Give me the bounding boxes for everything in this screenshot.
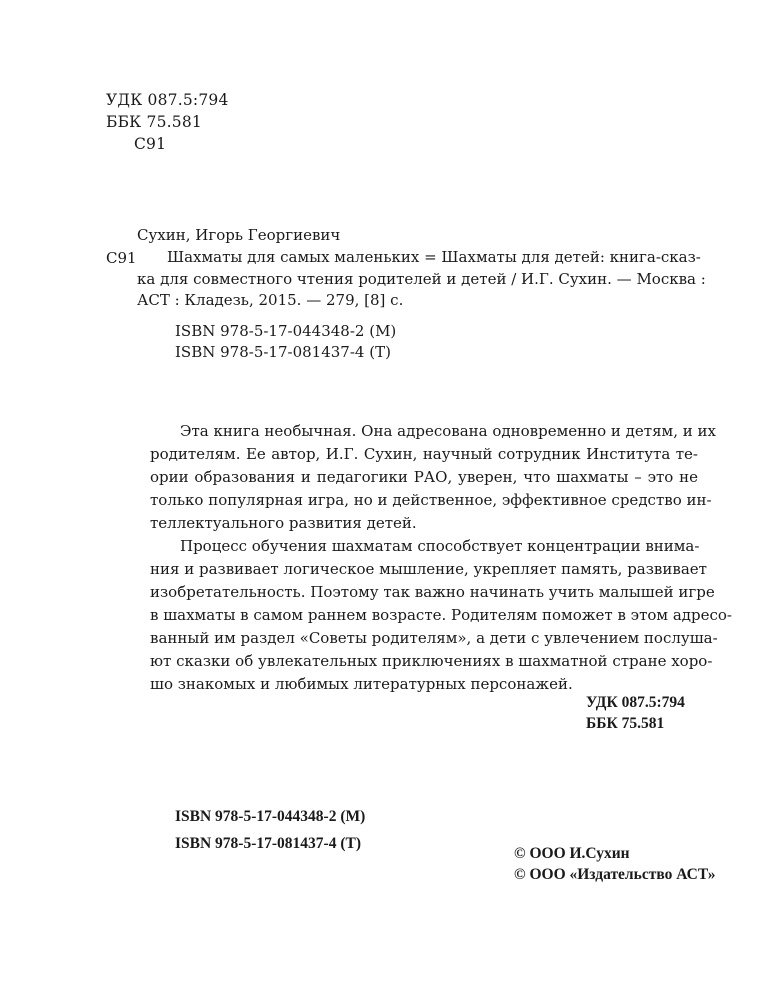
copyright-publisher: © ООО «Издательство АСТ» xyxy=(514,866,716,884)
annotation-line: ванный им раздел «Советы родителям», а д… xyxy=(150,627,698,650)
record-author-mark: С91 xyxy=(106,249,137,267)
footer-udk-code: УДК 087.5:794 xyxy=(586,694,685,712)
author-name: Сухин, Игорь Георгиевич xyxy=(137,226,340,244)
annotation-line: Эта книга необычная. Она адресована одно… xyxy=(180,420,698,443)
footer-isbn-line: ISBN 978-5-17-044348-2 (М) xyxy=(175,808,365,826)
description-line: Шахматы для самых маленьких = Шахматы дл… xyxy=(167,246,698,269)
isbn-line: ISBN 978-5-17-081437-4 (Т) xyxy=(175,343,391,361)
annotation-line: родителям. Ее автор, И.Г. Сухин, научный… xyxy=(150,443,698,466)
annotation-line: изобретательность. Поэтому так важно нач… xyxy=(150,581,698,604)
annotation-line: Процесс обучения шахматам способствует к… xyxy=(180,535,698,558)
annotation-line: шо знакомых и любимых литературных персо… xyxy=(150,673,698,696)
annotation-line: ют сказки об увлекательных приключениях … xyxy=(150,650,698,673)
description-line: ка для совместного чтения родителей и де… xyxy=(137,268,698,291)
description-line: АСТ : Кладезь, 2015. — 279, [8] с. xyxy=(137,289,698,312)
footer-isbn-line: ISBN 978-5-17-081437-4 (Т) xyxy=(175,835,361,853)
annotation-line: в шахматы в самом раннем возрасте. Родит… xyxy=(150,604,698,627)
footer-bbk-code: ББК 75.581 xyxy=(586,715,664,733)
copyright-author: © ООО И.Сухин xyxy=(514,845,630,863)
annotation-line: только популярная игра, но и действенное… xyxy=(150,489,698,512)
annotation-line: ории образования и педагогики РАО, увере… xyxy=(150,466,698,489)
isbn-line: ISBN 978-5-17-044348-2 (М) xyxy=(175,322,396,340)
author-mark: С91 xyxy=(134,135,166,153)
udk-code: УДК 087.5:794 xyxy=(106,91,229,109)
annotation-line: теллектуального развития детей. xyxy=(150,512,698,535)
bbk-code: ББК 75.581 xyxy=(106,113,202,131)
annotation-line: ния и развивает логическое мышление, укр… xyxy=(150,558,698,581)
